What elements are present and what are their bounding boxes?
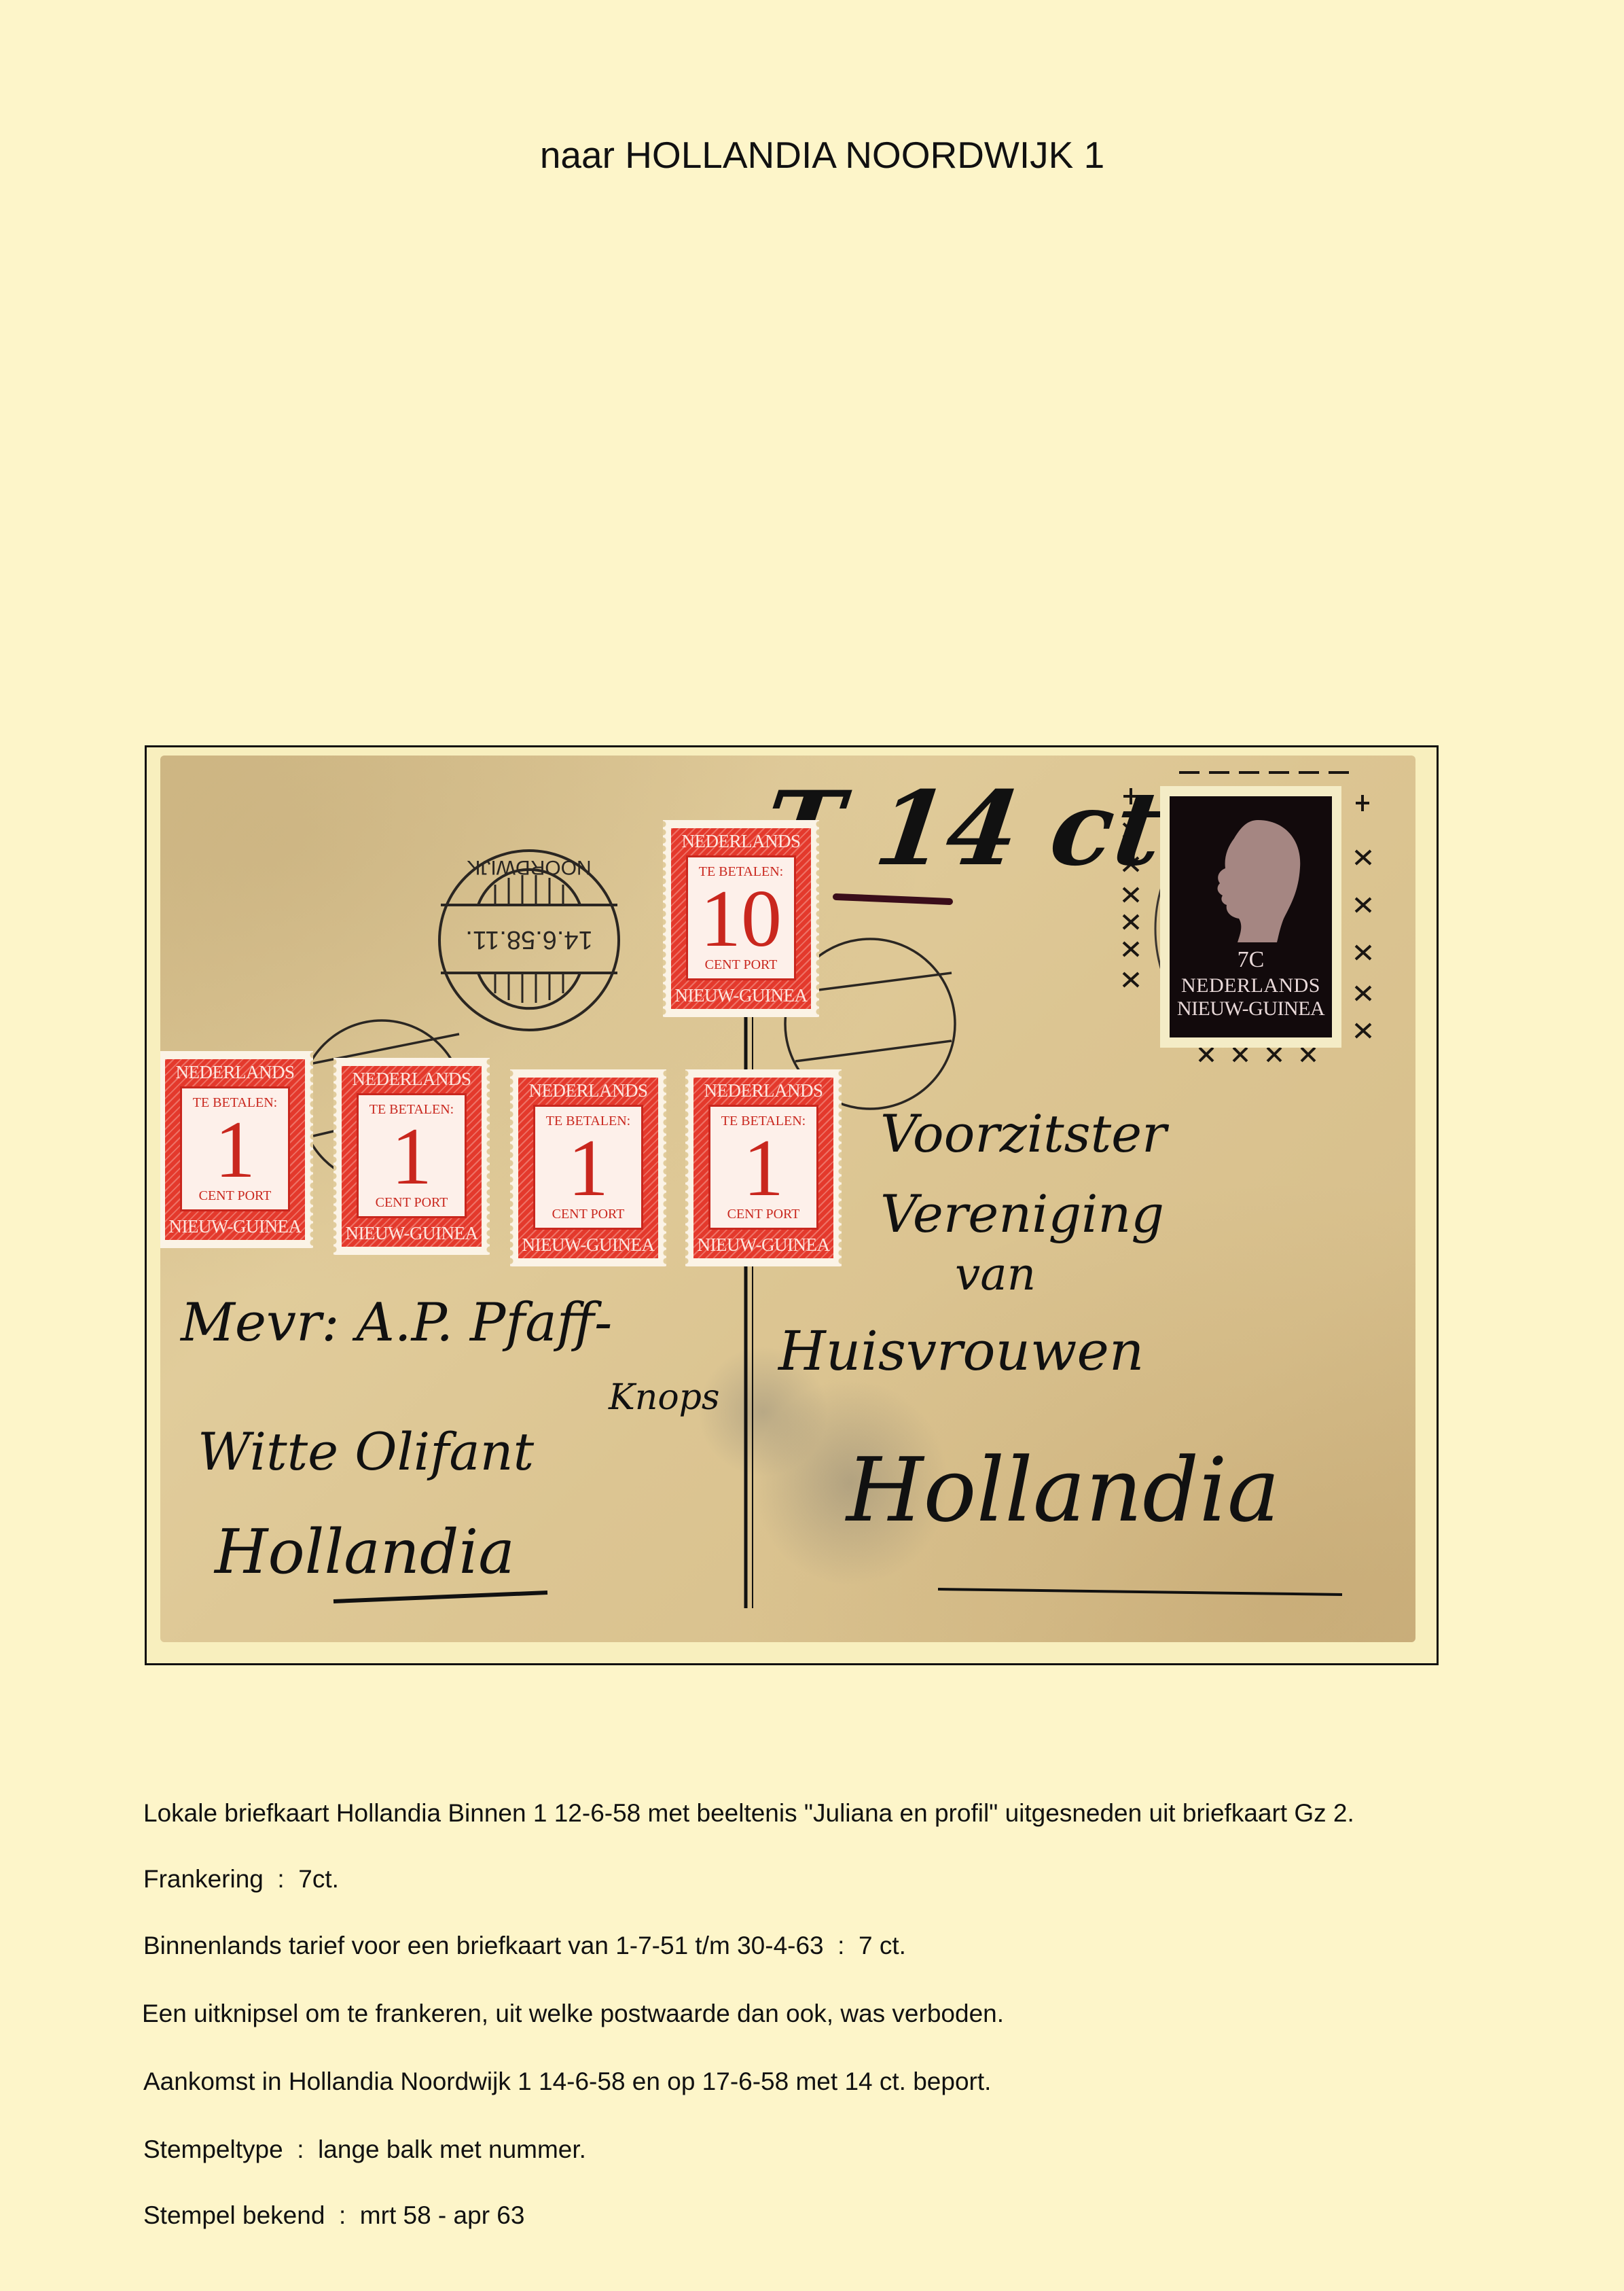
sender-address: Witte Olifant xyxy=(198,1421,534,1482)
stamp-juliana-7c: 7C NEDERLANDS NIEUW-GUINEA xyxy=(1160,786,1341,1048)
description-line: Binnenlands tarief voor een briefkaart v… xyxy=(143,1932,906,1960)
sender-city: Hollandia xyxy=(215,1516,515,1588)
description-line: Lokale briefkaart Hollandia Binnen 1 12-… xyxy=(143,1799,1354,1828)
stamp-country: NEDERLANDS xyxy=(1170,974,1332,997)
maroon-underline xyxy=(836,897,950,902)
page-title: naar HOLLANDIA NOORDWIJK 1 xyxy=(0,133,1624,177)
postcard-image: 14.6.58.11. NOORDWIJK xyxy=(160,756,1415,1642)
postage-due-stamp-1c: NEDERLANDS TE BETALEN: 1 CENT PORT NIEUW… xyxy=(510,1069,666,1266)
description-line: Stempeltype : lange balk met nummer. xyxy=(143,2135,586,2164)
recipient-line-1: Voorzitster xyxy=(880,1103,1167,1164)
recipient-line-4: Huisvrouwen xyxy=(778,1319,1144,1383)
recipient-line-3: van xyxy=(955,1248,1036,1300)
stamp-value: 7C xyxy=(1170,947,1332,973)
postage-due-stamp-1c: NEDERLANDS TE BETALEN: 1 CENT PORT NIEUW… xyxy=(685,1069,842,1266)
description-line: Een uitknipsel om te frankeren, uit welk… xyxy=(142,2000,1004,2028)
postcard-frame: 14.6.58.11. NOORDWIJK xyxy=(145,745,1439,1665)
sender-name: Mevr: A.P. Pfaff- xyxy=(181,1292,612,1353)
postage-due-stamp-1c: NEDERLANDS TE BETALEN: 1 CENT PORT NIEUW… xyxy=(160,1051,313,1248)
postmark-date: 14.6.58.11. xyxy=(465,925,592,954)
sender-name-2: Knops xyxy=(609,1377,720,1418)
description-line: Stempel bekend : mrt 58 - apr 63 xyxy=(143,2201,524,2230)
postage-due-stamp-10c: NEDERLANDS TE BETALEN: 10 CENT PORT NIEU… xyxy=(663,820,819,1017)
postage-due-stamp-1c: NEDERLANDS TE BETALEN: 1 CENT PORT NIEUW… xyxy=(333,1058,490,1255)
description-line: Frankering : 7ct. xyxy=(143,1865,339,1894)
stamp-territory: NIEUW-GUINEA xyxy=(1170,997,1332,1020)
svg-text:NOORDWIJK: NOORDWIJK xyxy=(467,856,591,878)
recipient-city: Hollandia xyxy=(846,1438,1280,1542)
juliana-profile-icon xyxy=(1210,817,1305,942)
description-line: Aankomst in Hollandia Noordwijk 1 14-6-5… xyxy=(143,2067,991,2096)
recipient-line-2: Vereniging xyxy=(880,1184,1164,1244)
